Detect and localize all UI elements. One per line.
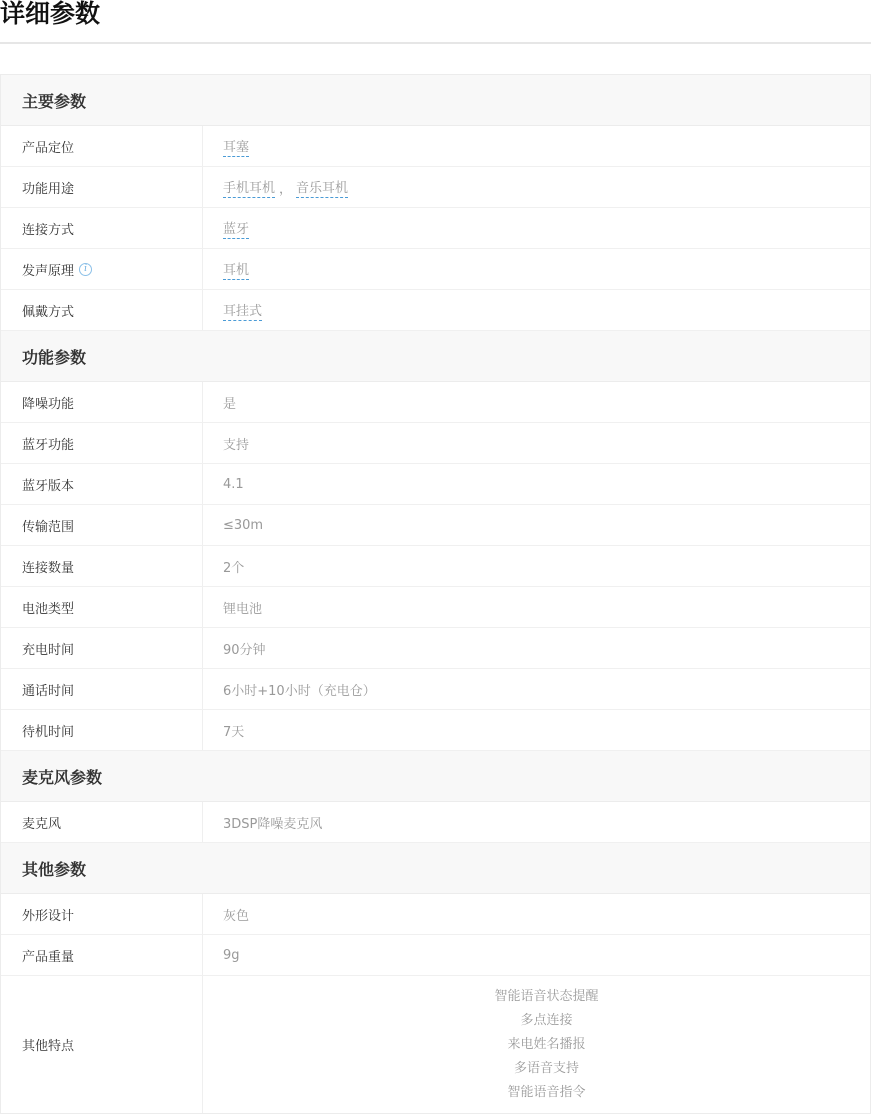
row-label: 充电时间 <box>1 628 203 668</box>
table-row: 充电时间 90分钟 <box>1 628 870 669</box>
page-title: 详细参数 <box>0 0 871 44</box>
value-link[interactable]: 耳挂式 <box>223 300 262 321</box>
row-value: 7天 <box>203 710 870 750</box>
value-separator: ， <box>279 178 292 197</box>
table-row: 蓝牙功能 支持 <box>1 423 870 464</box>
info-icon[interactable]: i <box>79 263 92 276</box>
row-label: 蓝牙功能 <box>1 423 203 463</box>
section-header-function: 功能参数 <box>1 331 870 382</box>
row-value: ≤30m <box>203 505 870 545</box>
section-header-main: 主要参数 <box>1 75 870 126</box>
row-label: 传输范围 <box>1 505 203 545</box>
table-row: 发声原理 i 耳机 <box>1 249 870 290</box>
table-row: 连接数量 2个 <box>1 546 870 587</box>
value-link[interactable]: 耳机 <box>223 259 249 280</box>
row-label: 发声原理 <box>22 260 74 279</box>
row-label: 功能用途 <box>1 167 203 207</box>
row-label: 麦克风 <box>1 802 203 842</box>
row-value: 灰色 <box>203 894 870 934</box>
row-label: 产品定位 <box>1 126 203 166</box>
value-link[interactable]: 手机耳机 <box>223 177 275 198</box>
row-label: 连接方式 <box>1 208 203 248</box>
row-value: 支持 <box>203 423 870 463</box>
value-link[interactable]: 蓝牙 <box>223 218 249 239</box>
table-row: 产品重量 9g <box>1 935 870 976</box>
feature-item: 智能语音指令 <box>507 1081 585 1105</box>
table-row: 产品定位 耳塞 <box>1 126 870 167</box>
row-label: 外形设计 <box>1 894 203 934</box>
row-value: 3DSP降噪麦克风 <box>203 802 870 842</box>
row-value: 9g <box>203 935 870 975</box>
row-label: 通话时间 <box>1 669 203 709</box>
row-label: 佩戴方式 <box>1 290 203 330</box>
table-row: 麦克风 3DSP降噪麦克风 <box>1 802 870 843</box>
table-row: 外形设计 灰色 <box>1 894 870 935</box>
table-row: 通话时间 6小时+10小时（充电仓） <box>1 669 870 710</box>
row-label: 其他特点 <box>1 976 203 1113</box>
row-value-list: 智能语音状态提醒 多点连接 来电姓名播报 多语音支持 智能语音指令 <box>203 976 870 1113</box>
table-row: 其他特点 智能语音状态提醒 多点连接 来电姓名播报 多语音支持 智能语音指令 <box>1 976 870 1113</box>
table-row: 功能用途 手机耳机 ， 音乐耳机 <box>1 167 870 208</box>
table-row: 待机时间 7天 <box>1 710 870 751</box>
row-label: 降噪功能 <box>1 382 203 422</box>
feature-item: 智能语音状态提醒 <box>494 985 598 1009</box>
table-row: 佩戴方式 耳挂式 <box>1 290 870 331</box>
row-value: 2个 <box>203 546 870 586</box>
row-label: 产品重量 <box>1 935 203 975</box>
section-header-microphone: 麦克风参数 <box>1 751 870 802</box>
feature-item: 多语音支持 <box>514 1057 579 1081</box>
table-row: 传输范围 ≤30m <box>1 505 870 546</box>
row-value: 是 <box>203 382 870 422</box>
spec-table: 主要参数 产品定位 耳塞 功能用途 手机耳机 ， 音乐耳机 连接方式 蓝牙 发声… <box>0 74 871 1114</box>
row-label: 待机时间 <box>1 710 203 750</box>
row-value: 4.1 <box>203 464 870 504</box>
table-row: 连接方式 蓝牙 <box>1 208 870 249</box>
feature-item: 来电姓名播报 <box>507 1033 585 1057</box>
table-row: 电池类型 锂电池 <box>1 587 870 628</box>
value-link[interactable]: 音乐耳机 <box>296 177 348 198</box>
row-label: 连接数量 <box>1 546 203 586</box>
table-row: 蓝牙版本 4.1 <box>1 464 870 505</box>
row-value: 90分钟 <box>203 628 870 668</box>
row-value: 6小时+10小时（充电仓） <box>203 669 870 709</box>
feature-item: 多点连接 <box>520 1009 572 1033</box>
row-value: 锂电池 <box>203 587 870 627</box>
row-label: 蓝牙版本 <box>1 464 203 504</box>
value-link[interactable]: 耳塞 <box>223 136 249 157</box>
table-row: 降噪功能 是 <box>1 382 870 423</box>
row-label: 电池类型 <box>1 587 203 627</box>
section-header-other: 其他参数 <box>1 843 870 894</box>
